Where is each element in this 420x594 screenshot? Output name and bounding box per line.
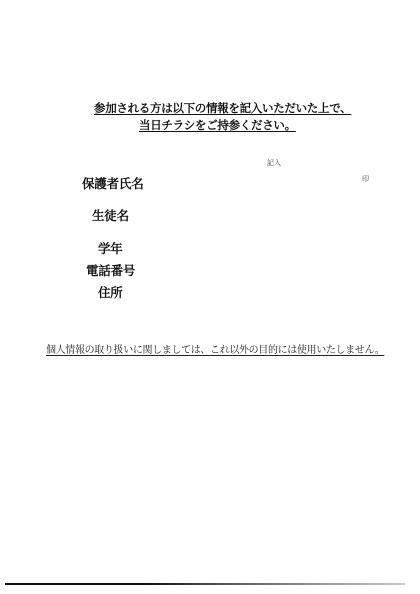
- fill-in-label: 記入: [267, 158, 281, 168]
- grade-label: 学年: [98, 239, 123, 257]
- instruction-heading-line-1: 参加される方は以下の情報を記入いただいた上で、: [94, 100, 351, 116]
- privacy-notice: 個人情報の取り扱いに関しましては、これ以外の目的には使用いたしません。: [46, 341, 384, 356]
- student-name-label: 生徒名: [92, 206, 129, 224]
- bottom-divider-line: [5, 583, 405, 585]
- seal-mark-label: 印: [362, 174, 369, 184]
- instruction-heading-line-2: 当日チラシをご持参ください。: [139, 117, 296, 133]
- guardian-name-label: 保護者氏名: [82, 174, 144, 192]
- phone-number-label: 電話番号: [86, 261, 135, 279]
- address-label: 住所: [98, 283, 123, 301]
